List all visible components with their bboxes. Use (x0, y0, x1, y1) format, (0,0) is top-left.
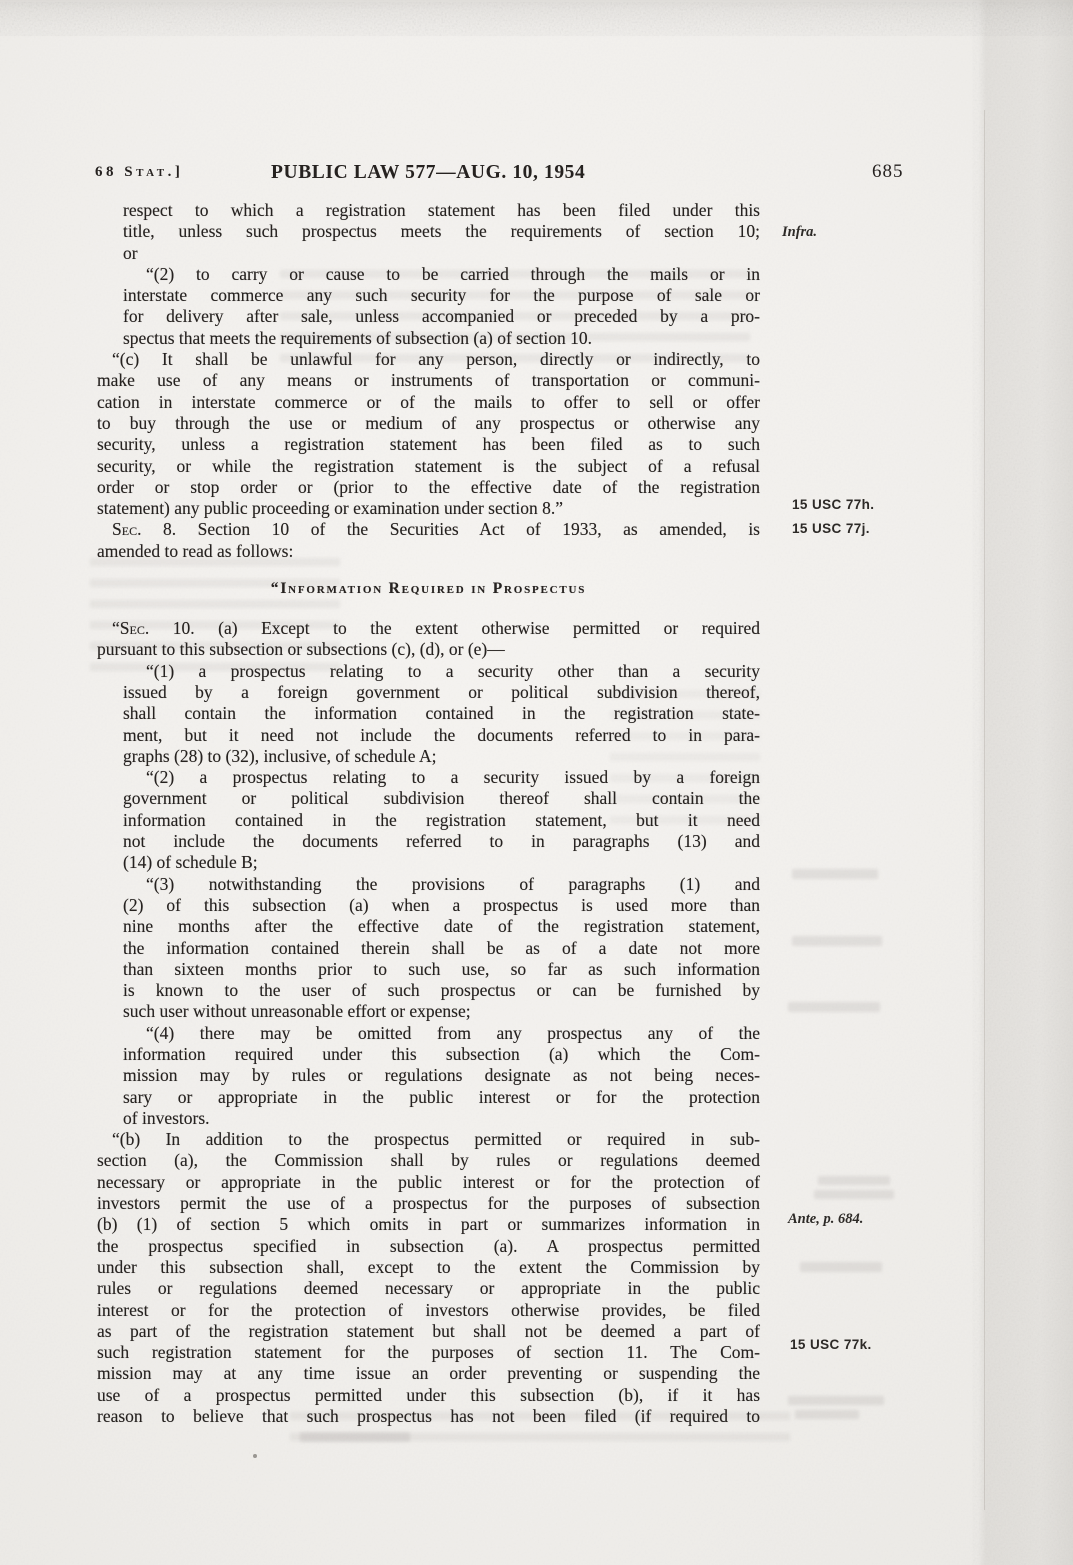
page-fold-line (984, 110, 985, 1510)
text-line: section (a), the Commission shall by rul… (97, 1150, 760, 1171)
page-title: PUBLIC LAW 577—AUG. 10, 1954 (271, 162, 585, 184)
text-line: necessary or appropriate in the public i… (97, 1172, 760, 1193)
text-line: to buy through the use or medium of any … (97, 413, 760, 434)
margin-note-usc-77k: 15 USC 77k. (790, 1337, 872, 1352)
statute-volume-label: 68 Stat.] (95, 164, 183, 181)
text-line: (14) of schedule B; (123, 852, 760, 873)
text-line: (b) (1) of section 5 which omits in part… (97, 1214, 760, 1235)
statute-page: 68 Stat.] PUBLIC LAW 577—AUG. 10, 1954 6… (0, 0, 1073, 1565)
bleed-through-artifact (818, 1176, 890, 1185)
text-line: interstate commerce any such security fo… (123, 285, 760, 306)
text-line: interest or for the protection of invest… (97, 1300, 760, 1321)
text-line: “(1) a prospectus relating to a security… (123, 661, 760, 682)
text-line: of investors. (123, 1108, 760, 1129)
section-heading: “Information Required in Prospectus (97, 578, 760, 600)
text-line: make use of any means or instruments of … (97, 370, 760, 391)
text-line: amended to read as follows: (97, 541, 760, 562)
text-line: information contained in the registratio… (123, 810, 760, 831)
bleed-through-artifact (300, 1432, 410, 1442)
text-line: “(c) It shall be unlawful for any person… (97, 349, 760, 370)
text-line: the information contained therein shall … (123, 938, 760, 959)
text-line: “(b) In addition to the prospectus permi… (97, 1129, 760, 1150)
text-line: “(3) notwithstanding the provisions of p… (123, 874, 760, 895)
paragraph: respect to which a registration statemen… (123, 200, 760, 264)
text-line: “(4) there may be omitted from any prosp… (123, 1023, 760, 1044)
text-line: the prospectus specified in subsection (… (97, 1236, 760, 1257)
statute-text-part-2: “Sec. 10. (a) Except to the extent other… (97, 618, 760, 1427)
text-line: security, unless a registration statemen… (97, 434, 760, 455)
text-line: title, unless such prospectus meets the … (123, 221, 760, 242)
text-line: investors permit the use of a prospectus… (97, 1193, 760, 1214)
margin-note-infra: Infra. (782, 224, 817, 241)
paragraph: “(b) In addition to the prospectus permi… (97, 1129, 760, 1427)
text-line: for delivery after sale, unless accompan… (123, 306, 760, 327)
text-line: “Sec. 10. (a) Except to the extent other… (97, 618, 760, 639)
paragraph: Sec. 8. Section 10 of the Securities Act… (97, 519, 760, 562)
text-line: security, or while the registration stat… (97, 456, 760, 477)
text-line: “(2) a prospectus relating to a security… (123, 767, 760, 788)
bleed-through-artifact (792, 869, 878, 879)
text-line: order or stop order or (prior to the eff… (97, 477, 760, 498)
text-line: such registration statement for the purp… (97, 1342, 760, 1363)
text-line: (2) of this subsection (a) when a prospe… (123, 895, 760, 916)
paragraph: “(3) notwithstanding the provisions of p… (123, 874, 760, 1023)
bleed-through-artifact (800, 1262, 882, 1272)
text-line: mission may by rules or regulations desi… (123, 1065, 760, 1086)
text-line: not include the documents referred to in… (123, 831, 760, 852)
statute-text-block: respect to which a registration statemen… (97, 200, 760, 1427)
margin-note-usc-77h: 15 USC 77h. (792, 497, 874, 512)
text-line: spectus that meets the requirements of s… (123, 328, 760, 349)
text-line: sary or appropriate in the public intere… (123, 1087, 760, 1108)
text-line: graphs (28) to (32), inclusive, of sched… (123, 746, 760, 767)
margin-note-usc-77j: 15 USC 77j. (792, 521, 870, 536)
bleed-through-artifact (795, 1410, 859, 1419)
bleed-through-artifact (788, 1396, 884, 1405)
text-line: such user without unreasonable effort or… (123, 1001, 760, 1022)
text-line: pursuant to this subsection or subsectio… (97, 639, 760, 660)
text-line: statement) any public proceeding or exam… (97, 498, 760, 519)
text-line: use of a prospectus permitted under this… (97, 1385, 760, 1406)
text-line: cation in interstate commerce or of the … (97, 392, 760, 413)
bleed-through-artifact (792, 936, 882, 946)
statute-text-part-1: respect to which a registration statemen… (97, 200, 760, 562)
page-number: 685 (872, 161, 904, 183)
margin-note-ante-p684: Ante, p. 684. (788, 1211, 863, 1228)
text-line: as part of the registration statement bu… (97, 1321, 760, 1342)
text-line: ment, but it need not include the docume… (123, 725, 760, 746)
text-line: reason to believe that such prospectus h… (97, 1406, 760, 1427)
paragraph: “(2) a prospectus relating to a security… (123, 767, 760, 873)
text-line: “(2) to carry or cause to be carried thr… (123, 264, 760, 285)
bleed-through-artifact (814, 1190, 894, 1199)
text-line: respect to which a registration statemen… (123, 200, 760, 221)
text-line: under this subsection shall, except to t… (97, 1257, 760, 1278)
text-line: is known to the user of such prospectus … (123, 980, 760, 1001)
text-line: or (123, 243, 760, 264)
text-line: nine months after the effective date of … (123, 916, 760, 937)
paragraph: “(1) a prospectus relating to a security… (123, 661, 760, 767)
text-line: issued by a foreign government or politi… (123, 682, 760, 703)
paragraph: “(2) to carry or cause to be carried thr… (123, 264, 760, 349)
text-line: rules or regulations deemed necessary or… (97, 1278, 760, 1299)
paragraph: “(4) there may be omitted from any prosp… (123, 1023, 760, 1129)
text-line: government or political subdivision ther… (123, 788, 760, 809)
paragraph: “Sec. 10. (a) Except to the extent other… (97, 618, 760, 661)
text-line: Sec. 8. Section 10 of the Securities Act… (97, 519, 760, 540)
bleed-through-artifact (788, 1002, 880, 1012)
text-line: than sixteen months prior to such use, s… (123, 959, 760, 980)
paragraph: “(c) It shall be unlawful for any person… (97, 349, 760, 519)
text-line: mission may at any time issue an order p… (97, 1363, 760, 1384)
text-line: shall contain the information contained … (123, 703, 760, 724)
text-line: information required under this subsecti… (123, 1044, 760, 1065)
scan-speck (253, 1454, 257, 1458)
